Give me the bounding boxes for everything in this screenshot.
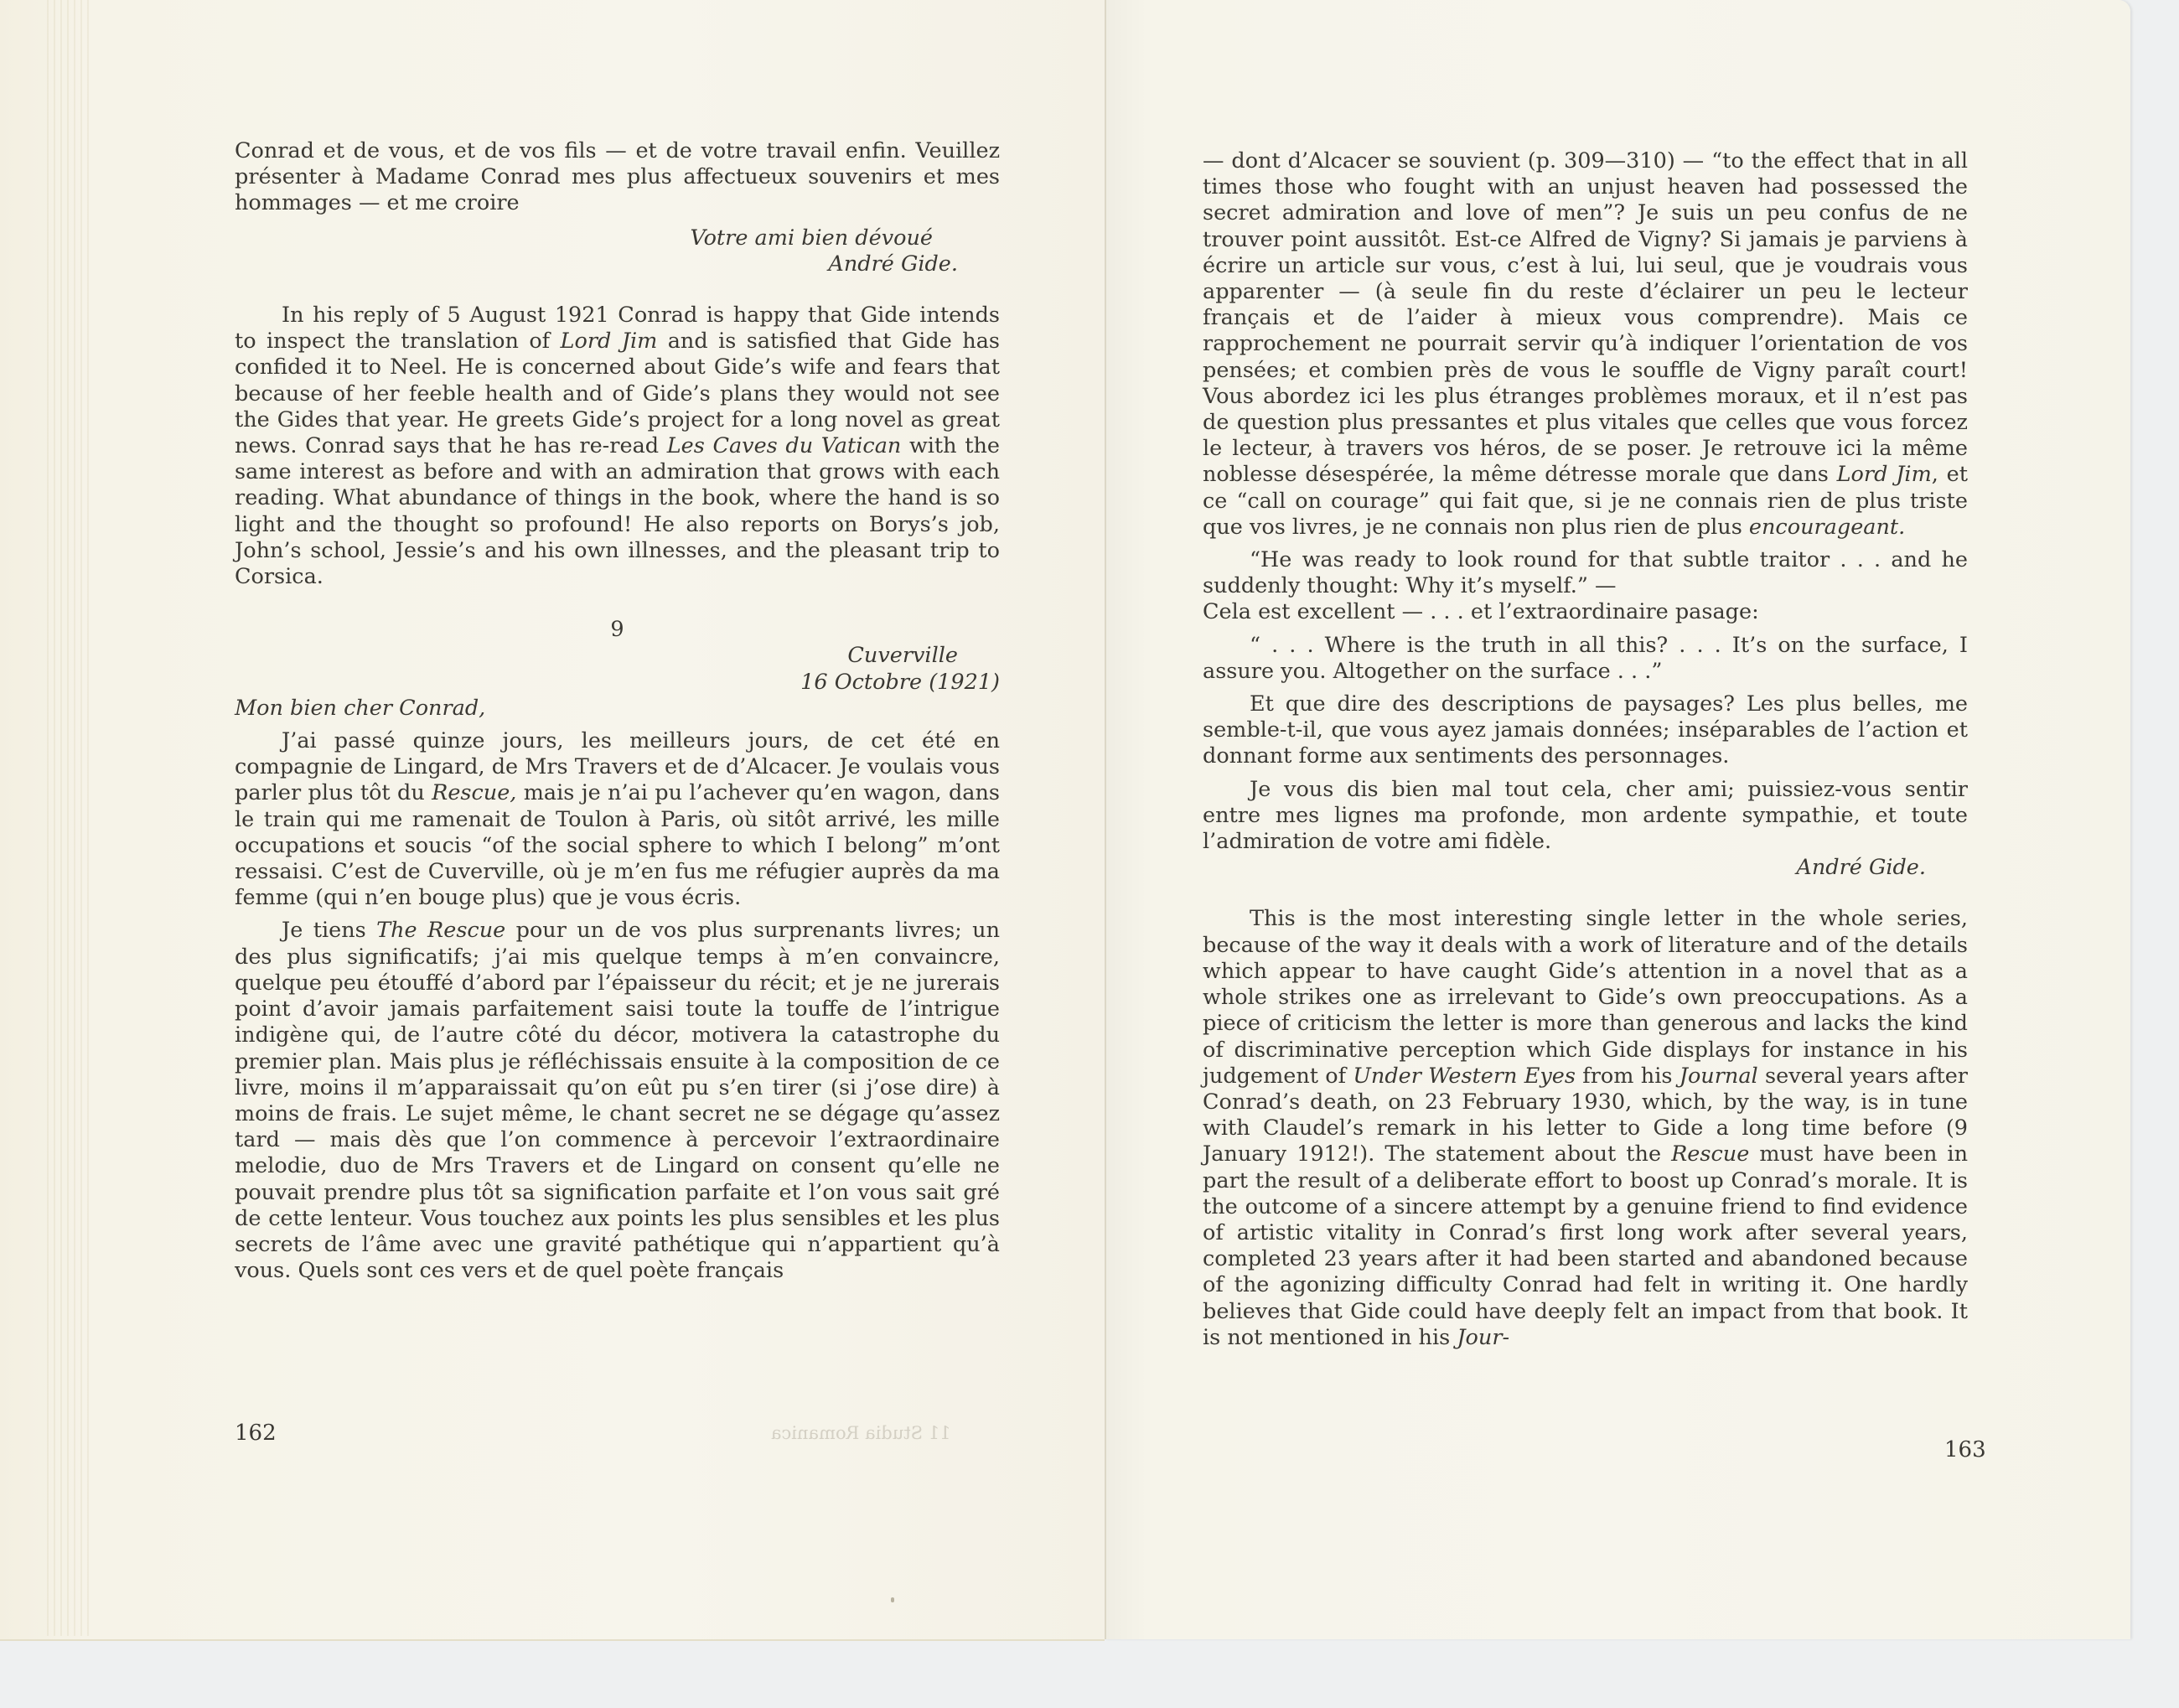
page-stack-edges xyxy=(42,0,92,1636)
right-page-text: — dont d’Alcacer se souvient (p. 309—310… xyxy=(1203,148,1968,1351)
book-title: Rescue xyxy=(1671,1141,1749,1167)
page-number-left: 162 xyxy=(235,1421,277,1446)
commentary-paragraph: This is the most interesting single lett… xyxy=(1203,906,1968,1350)
paper-speck xyxy=(891,1597,894,1602)
letter-paragraph: Et que dire des descriptions de paysages… xyxy=(1203,691,1968,770)
emphasis: encourageant. xyxy=(1749,515,1905,540)
left-page-text: Conrad et de vous, et de vos fils — et d… xyxy=(235,138,1000,1284)
letter-closing: Votre ami bien dévoué xyxy=(235,225,1000,251)
letter-place: Cuverville xyxy=(235,643,1000,669)
letter-paragraph: Cela est excellent — . . . et l’extraord… xyxy=(1203,599,1968,625)
bleed-through-footer: 11 Studia Romanica xyxy=(771,1423,951,1443)
book-title: Lord Jim xyxy=(561,329,658,354)
letter-number: 9 xyxy=(235,617,1000,643)
letter-paragraph: — dont d’Alcacer se souvient (p. 309—310… xyxy=(1203,148,1968,541)
book-title: Journal xyxy=(1680,1064,1758,1089)
letter-paragraph: Je vous dis bien mal tout cela, cher ami… xyxy=(1203,777,1968,856)
book-title: Under Western Eyes xyxy=(1353,1064,1576,1089)
letter-signature: André Gide. xyxy=(235,251,1000,277)
letter-date: 16 Octobre (1921) xyxy=(235,670,1000,696)
quotation: “He was ready to look round for that sub… xyxy=(1203,547,1968,599)
letter-paragraph: Je tiens The Rescue pour un de vos plus … xyxy=(235,918,1000,1284)
book-title: Les Caves du Vatican xyxy=(667,433,902,458)
letter-paragraph: J’ai passé quinze jours, les meilleurs j… xyxy=(235,728,1000,911)
book-title: The Rescue xyxy=(376,918,505,943)
book-title: Jour- xyxy=(1457,1325,1509,1350)
quotation: “ . . . Where is the truth in all this? … xyxy=(1203,633,1968,685)
commentary-paragraph: In his reply of 5 August 1921 Conrad is … xyxy=(235,303,1000,590)
letter-salutation: Mon bien cher Conrad, xyxy=(235,696,1000,722)
page-number-right: 163 xyxy=(1944,1437,1986,1462)
book-title: Rescue, xyxy=(432,780,516,805)
letter-ending-paragraph: Conrad et de vous, et de vos fils — et d… xyxy=(235,138,1000,217)
book-spread: Conrad et de vous, et de vos fils — et d… xyxy=(0,0,2133,1639)
letter-signature: André Gide. xyxy=(1203,855,1968,881)
book-title: Lord Jim xyxy=(1837,462,1932,487)
